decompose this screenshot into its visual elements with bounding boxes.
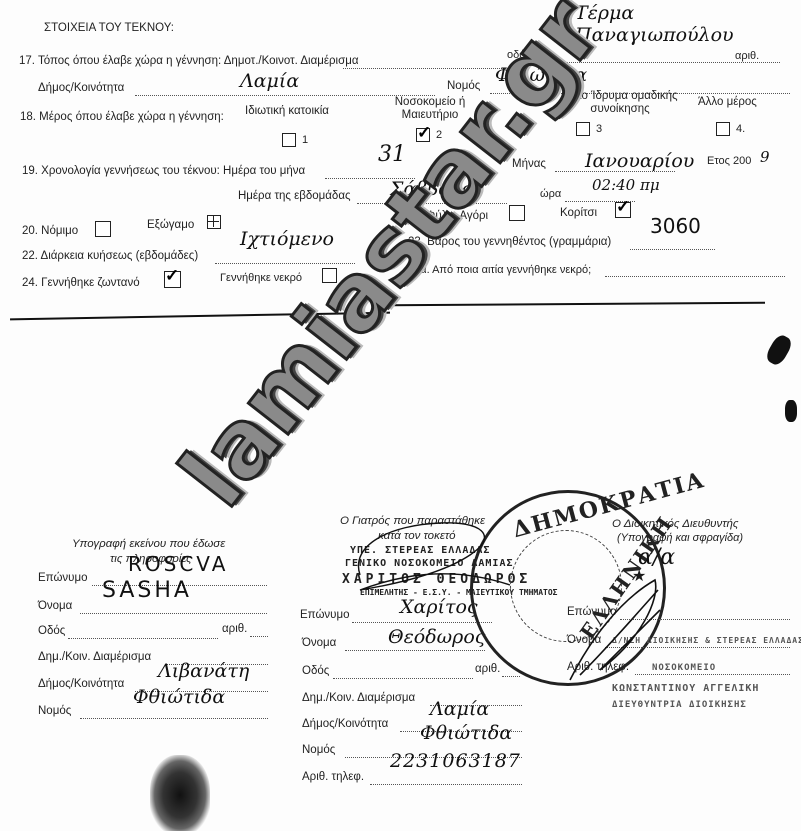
doctor-street-label: Οδός [302, 665, 329, 677]
dots [630, 248, 715, 250]
informant-prefecture-value[interactable]: Φθιώτιδα [133, 686, 225, 708]
dots [80, 717, 268, 719]
field-19-time-value[interactable]: 02:40 πμ [592, 176, 660, 194]
field-20-extramarital-label: Εξώγαμο [147, 219, 194, 231]
field-19-year-label: Ετος 200 [707, 155, 751, 167]
field-18-checkbox-3[interactable] [576, 122, 590, 136]
director-heading-1: Ο Διοικητικός Διευθυντής [612, 518, 739, 530]
director-heading-2: (Υπογραφή και σφραγίδα) [617, 532, 743, 544]
scan-edge-mark [764, 333, 795, 368]
field-24-alive-label: 24. Γεννήθηκε ζωντανό [22, 277, 140, 289]
field-22-value[interactable]: Ιχτιόμενο [240, 228, 334, 250]
field-18-code-1: 1 [302, 134, 308, 146]
dots [333, 677, 473, 679]
dots [80, 612, 267, 614]
field-18-label: 18. Μέρος όπου έλαβε χώρα η γέννηση: [20, 111, 224, 123]
field-19-month-value[interactable]: Ιανουαρίου [585, 150, 694, 172]
dots [352, 621, 492, 623]
informant-surname-label: Επώνυμο [38, 572, 87, 584]
scan-edge-mark [785, 400, 797, 422]
field-19-time-label: ώρα [540, 188, 561, 200]
field-19-year-value[interactable]: 9 [760, 148, 770, 166]
field-19-label: 19. Χρονολογία γεννήσεως του τέκνου: Ημέ… [22, 165, 305, 177]
field-19-weekday-label: Ημέρα της εβδομάδας [238, 190, 351, 202]
field-20-legitimate-label: 20. Νόμιμο [22, 225, 78, 237]
field-22-label: 22. Διάρκεια κυήσεως (εβδομάδες) [22, 250, 198, 262]
doctor-surname-label: Επώνυμο [300, 609, 349, 621]
dots [345, 649, 485, 651]
field-21-girl-checkbox[interactable] [615, 202, 631, 218]
informant-street-label: Οδός [38, 625, 65, 637]
dots [370, 783, 522, 785]
doctor-number-label: αριθ. [475, 663, 500, 675]
fingerprint [150, 755, 210, 831]
informant-municipality-value[interactable]: Λιβανάτη [158, 660, 249, 682]
field-17-label: 17. Τόπος όπου έλαβε χώρα η γέννηση: Δημ… [19, 55, 359, 67]
field-23-value[interactable]: 3060 [650, 214, 701, 238]
field-17-municipality-label: Δήμος/Κοινότητα [38, 82, 124, 94]
field-18-code-4: 4. [736, 123, 745, 135]
field-18-code-3: 3 [596, 123, 602, 135]
field-21-girl-label: Κορίτσι [560, 207, 597, 219]
director-stamp-line-3: ΔΙΕΥΘΥΝΤΡΙΑ ΔΙΟΙΚΗΣΗΣ [612, 700, 747, 710]
director-signature [560, 570, 670, 690]
field-17-municipality-value[interactable]: Λαμία [240, 70, 299, 92]
field-18-option-4-label: Άλλο μέρος [698, 96, 757, 108]
field-18-checkbox-1[interactable] [282, 133, 296, 147]
director-signature-note: α/α [638, 545, 675, 570]
informant-number-label: αριθ. [222, 623, 247, 635]
dots [68, 637, 218, 639]
field-20-legitimate-checkbox[interactable] [95, 221, 111, 237]
dots [250, 635, 268, 637]
birth-certificate-scan: { "section": { "title": "ΣΤΟΙΧΕΙΑ ΤΟΥ ΤΕ… [0, 0, 801, 831]
doctor-signature [330, 515, 530, 605]
doctor-prefecture-value[interactable]: Φθιώτιδα [420, 722, 512, 744]
section-divider-right [390, 302, 765, 306]
field-24-alive-checkbox[interactable] [164, 271, 181, 288]
informant-name-label: Όνομα [38, 600, 72, 612]
informant-heading-1: Υπογραφή εκείνου που έδωσε [72, 538, 225, 550]
field-17-number-label: αριθ. [735, 50, 759, 62]
dots [605, 275, 785, 277]
section-title: ΣΤΟΙΧΕΙΑ ΤΟΥ ΤΕΚΝΟΥ: [44, 22, 174, 34]
doctor-municipality-label: Δήμος/Κοινότητα [302, 718, 388, 730]
informant-name-value[interactable]: SASHA [102, 578, 192, 603]
field-20-extramarital-checkbox[interactable] [207, 215, 221, 229]
doctor-district-label: Δημ./Κοιν. Διαμέρισμα [302, 692, 415, 704]
field-18-checkbox-4[interactable] [716, 122, 730, 136]
dots [502, 675, 520, 677]
doctor-name-label: Όνομα [302, 637, 336, 649]
doctor-phone-value[interactable]: 2231063187 [390, 750, 521, 772]
field-21-boy-checkbox[interactable] [509, 205, 525, 221]
doctor-name-value[interactable]: Θεόδωρος [388, 626, 485, 648]
informant-district-label: Δημ./Κοιν. Διαμέρισμα [38, 651, 151, 663]
field-24-dead-label: Γεννήθηκε νεκρό [220, 272, 302, 284]
field-18-option-1-label: Ιδιωτική κατοικία [245, 105, 329, 117]
doctor-municipality-value[interactable]: Λαμία [430, 698, 489, 720]
informant-municipality-label: Δήμος/Κοινότητα [38, 678, 124, 690]
doctor-phone-label: Αριθ. τηλεφ. [302, 771, 364, 783]
doctor-prefecture-label: Νομός [302, 744, 335, 756]
informant-prefecture-label: Νομός [38, 705, 71, 717]
informant-surname-value[interactable]: ROSCVA [128, 552, 228, 576]
